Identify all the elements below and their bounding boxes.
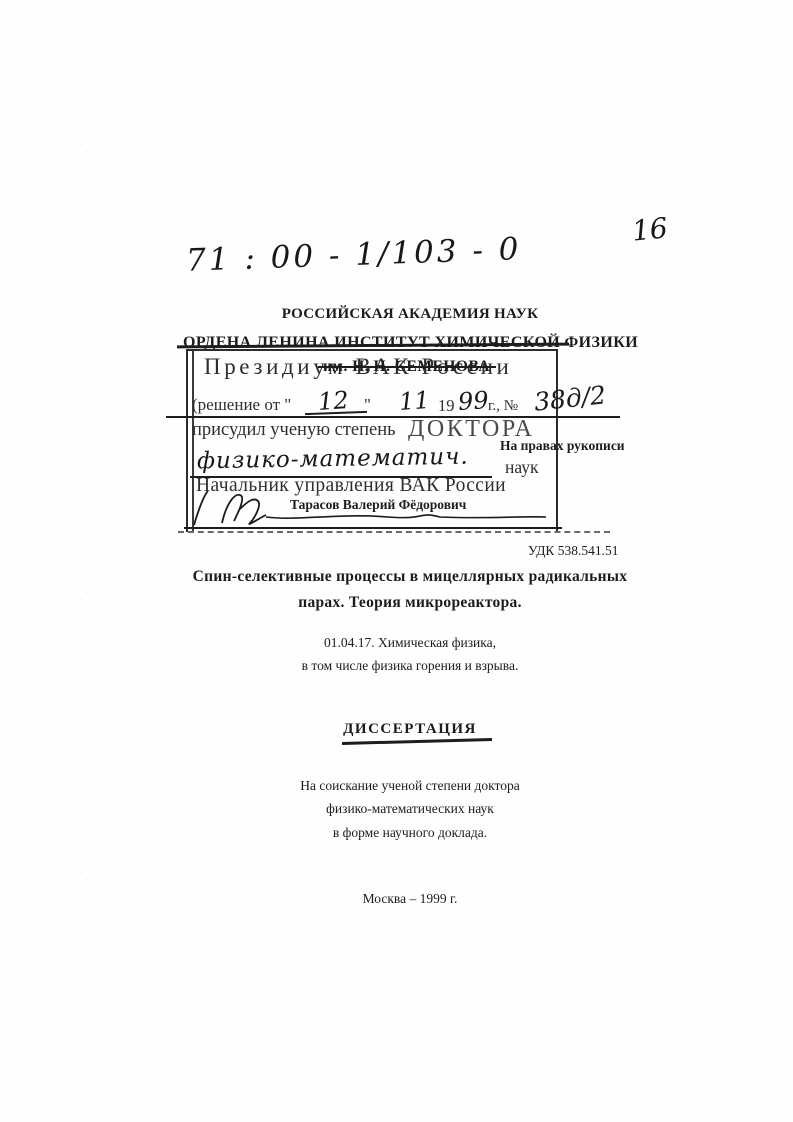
handwritten-decision-month: 11 xyxy=(398,386,430,416)
dissertation-title-line2: парах. Теория микрореактора. xyxy=(20,594,793,612)
scanned-dissertation-title-page: 71 : 00 - 1/103 - 0 16 РОССИЙСКАЯ АКАДЕМ… xyxy=(0,0,793,1122)
dissertation-title-line1: Спин-селективные процессы в мицеллярных … xyxy=(20,568,793,586)
specialty-line1: 01.04.17. Химическая физика, xyxy=(20,635,793,651)
udk-code: УДК 538.541.51 xyxy=(528,543,619,559)
stamp-bottom-border-shadow xyxy=(178,531,610,533)
stamp-field-suffix: наук xyxy=(505,457,539,478)
academy-name: РОССИЙСКАЯ АКАДЕМИЯ НАУК xyxy=(20,306,793,323)
rights-note: На правах рукописи xyxy=(500,438,625,454)
specialty-line2: в том числе физика горения и взрыва. xyxy=(20,658,793,674)
handwritten-catalog-number: 71 : 00 - 1/103 - 0 xyxy=(185,231,522,279)
stamp-decision-year-printed: 19 xyxy=(438,396,455,416)
city-year-footer: Москва – 1999 г. xyxy=(20,891,793,907)
degree-line3: в форме научного доклада. xyxy=(20,825,793,841)
handwritten-science-field: физико-математич. xyxy=(197,444,469,475)
degree-line1: На соискание ученой степени доктора xyxy=(20,778,793,794)
stamp-bottom-border xyxy=(184,527,562,529)
document-type-heading: ДИССЕРТАЦИЯ xyxy=(20,721,793,738)
stamp-decision-number-label: г., № xyxy=(488,398,518,415)
official-name: Тарасов Валерий Фёдорович xyxy=(290,497,466,513)
stamp-decision-prefix: (решение от " xyxy=(192,395,291,415)
handwritten-decision-number: 38д/2 xyxy=(533,380,608,416)
stamp-awarded-text: присудил ученую степень xyxy=(192,420,396,441)
handwritten-sheet-number: 16 xyxy=(630,211,669,248)
scan-noise-texture xyxy=(0,0,793,1122)
degree-line2: физико-математических наук xyxy=(20,801,793,817)
document-type-underline xyxy=(342,738,492,744)
decision-long-underline xyxy=(166,416,620,418)
handwritten-decision-year: 99 xyxy=(457,386,489,416)
strikethrough-line-institute-short xyxy=(318,366,496,368)
